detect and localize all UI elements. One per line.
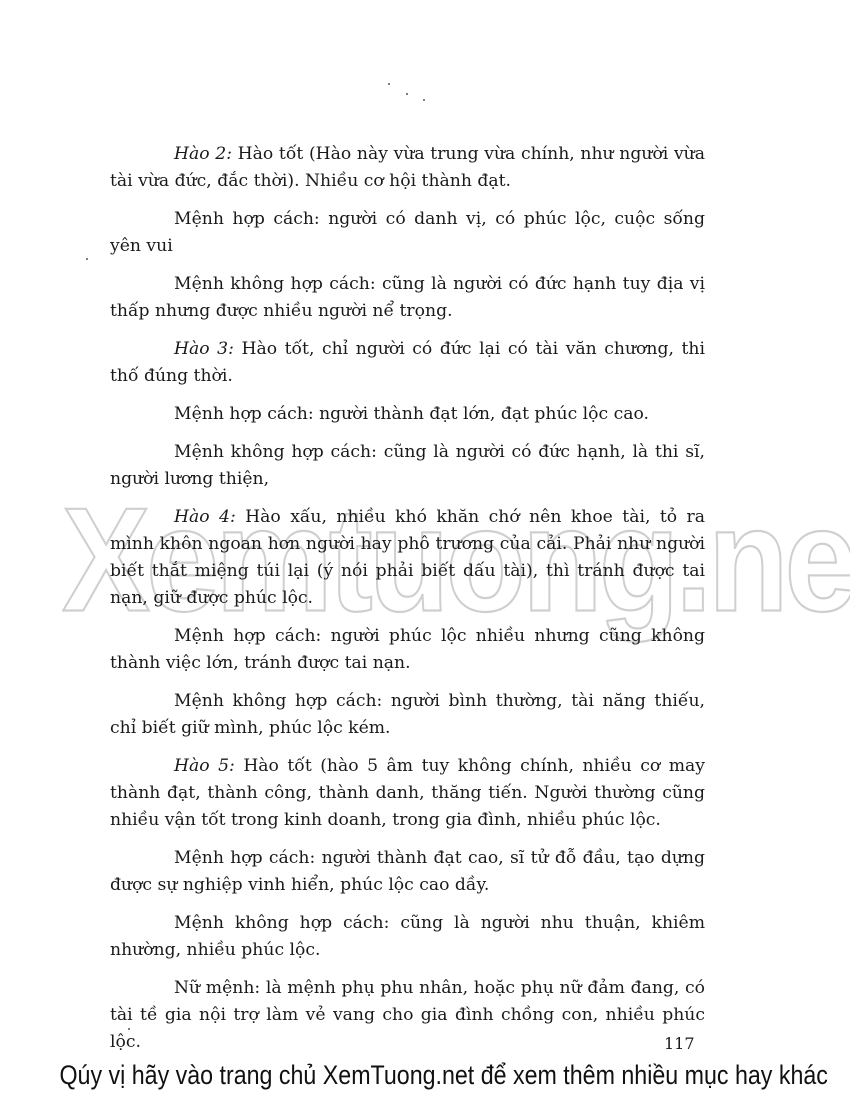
page-number: 117 xyxy=(664,1034,695,1053)
scan-speck xyxy=(406,93,408,95)
paragraph-menh-hop-cach: Mệnh hợp cách: người thành đạt cao, sĩ t… xyxy=(110,845,705,899)
paragraph-hao-3: Hào 3: Hào tốt, chỉ người có đức lại có … xyxy=(110,336,705,390)
paragraph-text: Nữ mệnh: là mệnh phụ phu nhân, hoặc phụ … xyxy=(110,978,705,1052)
scan-speck xyxy=(423,99,425,101)
paragraph-text: Mệnh hợp cách: người có danh vị, có phúc… xyxy=(110,209,705,256)
paragraph-menh-khong-hop-cach: Mệnh không hợp cách: cũng là người nhu t… xyxy=(110,910,705,964)
paragraph-text: Mệnh không hợp cách: cũng là người có đứ… xyxy=(110,442,705,489)
paragraph-text: Mệnh hợp cách: người thành đạt cao, sĩ t… xyxy=(110,848,705,895)
scan-speck xyxy=(388,83,390,85)
paragraph-hao-5: Hào 5: Hào tốt (hào 5 âm tuy không chính… xyxy=(110,753,705,834)
paragraph-menh-hop-cach: Mệnh hợp cách: người có danh vị, có phúc… xyxy=(110,206,705,260)
paragraph-hao-4: Hào 4: Hào xấu, nhiều khó khăn chớ nên k… xyxy=(110,504,705,612)
paragraph-text: Mệnh hợp cách: người phúc lộc nhiều nhưn… xyxy=(110,626,705,673)
paragraph-label: Hào 4: xyxy=(174,507,236,527)
paragraph-label: Hào 3: xyxy=(174,339,234,359)
paragraph-label: Hào 5: xyxy=(174,756,235,776)
paragraph-hao-2: Hào 2: Hào tốt (Hào này vừa trung vừa ch… xyxy=(110,141,705,195)
paragraph-text: Mệnh không hợp cách: người bình thường, … xyxy=(110,691,705,738)
paragraph-text: Mệnh không hợp cách: cũng là người nhu t… xyxy=(110,913,705,960)
scan-speck xyxy=(86,258,88,260)
paragraph-text: Mệnh không hợp cách: cũng là người có đứ… xyxy=(110,274,705,321)
paragraph-menh-hop-cach: Mệnh hợp cách: người thành đạt lớn, đạt … xyxy=(110,401,705,428)
paragraph-nu-menh: Nữ mệnh: là mệnh phụ phu nhân, hoặc phụ … xyxy=(110,975,705,1056)
footer-promo-text: Qúy vị hãy vào trang chủ XemTuong.net để… xyxy=(60,1060,791,1091)
paragraph-menh-khong-hop-cach: Mệnh không hợp cách: cũng là người có đứ… xyxy=(110,271,705,325)
paragraph-menh-khong-hop-cach: Mệnh không hợp cách: người bình thường, … xyxy=(110,688,705,742)
paragraph-label: Hào 2: xyxy=(174,144,232,164)
paragraph-menh-khong-hop-cach: Mệnh không hợp cách: cũng là người có đứ… xyxy=(110,439,705,493)
paragraph-text: Mệnh hợp cách: người thành đạt lớn, đạt … xyxy=(174,404,649,424)
paragraph-menh-hop-cach: Mệnh hợp cách: người phúc lộc nhiều nhưn… xyxy=(110,623,705,677)
page-body: Hào 2: Hào tốt (Hào này vừa trung vừa ch… xyxy=(110,141,705,1067)
